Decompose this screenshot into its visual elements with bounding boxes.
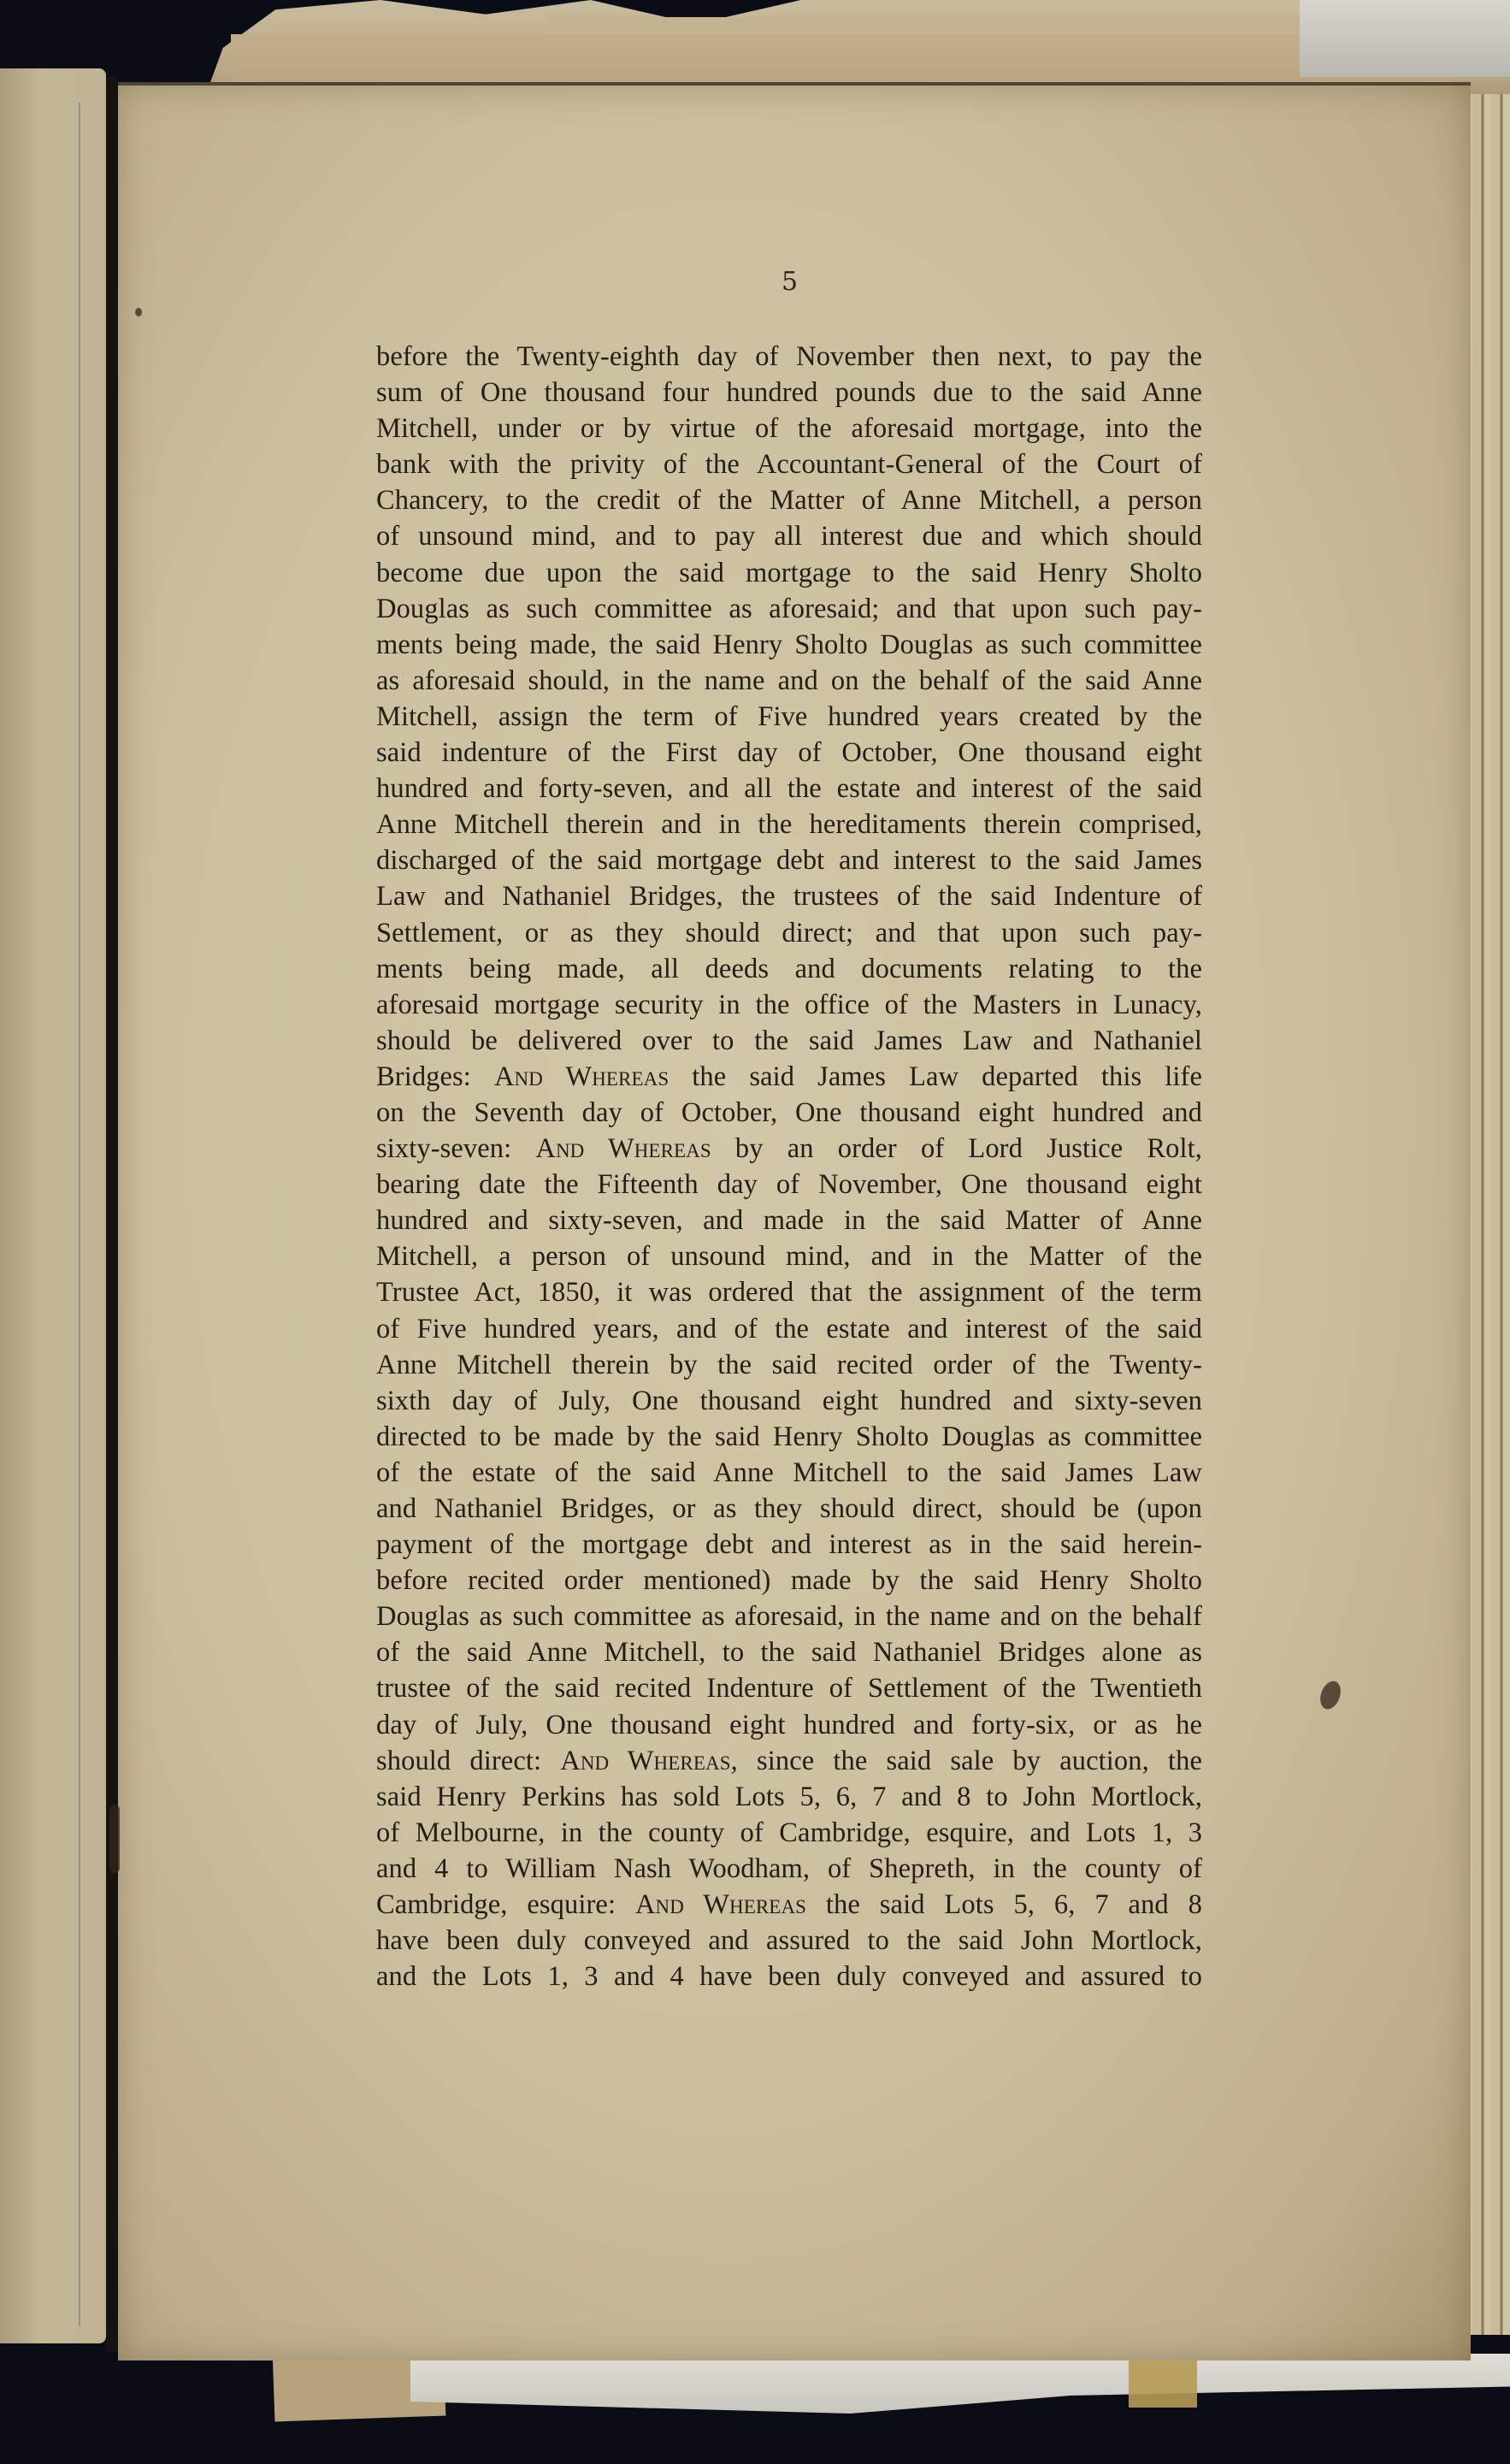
white-paper-corner: [1300, 0, 1510, 77]
small-caps-phrase: And Whereas: [494, 1061, 669, 1092]
book-gutter: [106, 77, 118, 2352]
text-line: become due upon the said mortgage to the…: [376, 555, 1202, 591]
text-line: ments being made, all deeds and document…: [376, 951, 1202, 987]
text-line: have been duly conveyed and assured to t…: [376, 1923, 1202, 1959]
small-caps-phrase: And Whereas: [535, 1133, 711, 1164]
scanned-page-scene: 5 before the Twenty-eighth day of Novemb…: [0, 0, 1510, 2464]
text-line: should direct: And Whereas, since the sa…: [376, 1743, 1202, 1779]
torn-paper-stack-bottom: [410, 2354, 1510, 2414]
text-line: of the said Anne Mitchell, to the said N…: [376, 1634, 1202, 1670]
text-line: Law and Nathaniel Bridges, the trustees …: [376, 878, 1202, 914]
page-number: 5: [782, 267, 798, 297]
small-caps-phrase: And Whereas: [635, 1889, 806, 1920]
text-line: Mitchell, a person of unsound mind, and …: [376, 1238, 1202, 1274]
text-line: sixth day of July, One thousand eight hu…: [376, 1383, 1202, 1419]
text-line: of Melbourne, in the county of Cambridge…: [376, 1815, 1202, 1851]
text-line: before the Twenty-eighth day of November…: [376, 339, 1202, 375]
tape-strip: [1129, 2361, 1197, 2408]
text-line: trustee of the said recited Indenture of…: [376, 1670, 1202, 1706]
text-line: before recited order mentioned) made by …: [376, 1563, 1202, 1598]
left-page-rule-line: [79, 103, 80, 2326]
text-line: bearing date the Fifteenth day of Novemb…: [376, 1167, 1202, 1202]
text-line: and Nathaniel Bridges, or as they should…: [376, 1491, 1202, 1527]
text-line: Anne Mitchell therein by the said recite…: [376, 1347, 1202, 1383]
text-line: said Henry Perkins has sold Lots 5, 6, 7…: [376, 1779, 1202, 1815]
text-line: of the estate of the said Anne Mitchell …: [376, 1455, 1202, 1491]
text-line: said indenture of the First day of Octob…: [376, 735, 1202, 771]
text-line: of Five hundred years, and of the estate…: [376, 1311, 1202, 1347]
text-line: Douglas as such committee as aforesaid, …: [376, 1598, 1202, 1634]
text-line: payment of the mortgage debt and interes…: [376, 1527, 1202, 1563]
text-line: hundred and forty-seven, and all the est…: [376, 771, 1202, 807]
text-line: Settlement, or as they should direct; an…: [376, 915, 1202, 951]
text-line: as aforesaid should, in the name and on …: [376, 663, 1202, 699]
text-line: on the Seventh day of October, One thous…: [376, 1095, 1202, 1131]
text-line: Mitchell, assign the term of Five hundre…: [376, 699, 1202, 735]
text-line: day of July, One thousand eight hundred …: [376, 1707, 1202, 1743]
text-line: directed to be made by the said Henry Sh…: [376, 1419, 1202, 1455]
small-caps-phrase: And Whereas: [560, 1746, 730, 1776]
text-line: Trustee Act, 1850, it was ordered that t…: [376, 1274, 1202, 1310]
text-line: of unsound mind, and to pay all interest…: [376, 518, 1202, 554]
text-line: Douglas as such committee as aforesaid; …: [376, 591, 1202, 627]
text-line: should be delivered over to the said Jam…: [376, 1023, 1202, 1059]
text-line: Anne Mitchell therein and in the heredit…: [376, 807, 1202, 842]
ink-stain: [135, 308, 142, 316]
text-line: and 4 to William Nash Woodham, of Shepre…: [376, 1851, 1202, 1887]
text-line: ments being made, the said Henry Sholto …: [376, 627, 1202, 663]
text-line: Mitchell, under or by virtue of the afor…: [376, 411, 1202, 446]
left-facing-page-edge: [0, 68, 106, 2343]
text-line: and the Lots 1, 3 and 4 have been duly c…: [376, 1959, 1202, 1994]
text-line: sum of One thousand four hundred pounds …: [376, 375, 1202, 411]
text-line: Cambridge, esquire: And Whereas the said…: [376, 1887, 1202, 1923]
ink-stain: [109, 1805, 120, 1873]
document-body-text: before the Twenty-eighth day of November…: [376, 339, 1202, 1994]
text-line: discharged of the said mortgage debt and…: [376, 842, 1202, 878]
text-line: hundred and sixty-seven, and made in the…: [376, 1202, 1202, 1238]
text-line: Chancery, to the credit of the Matter of…: [376, 482, 1202, 518]
text-line: aforesaid mortgage security in the offic…: [376, 987, 1202, 1023]
text-line: Bridges: And Whereas the said James Law …: [376, 1059, 1202, 1095]
text-line: bank with the privity of the Accountant-…: [376, 446, 1202, 482]
text-line: sixty-seven: And Whereas by an order of …: [376, 1131, 1202, 1167]
